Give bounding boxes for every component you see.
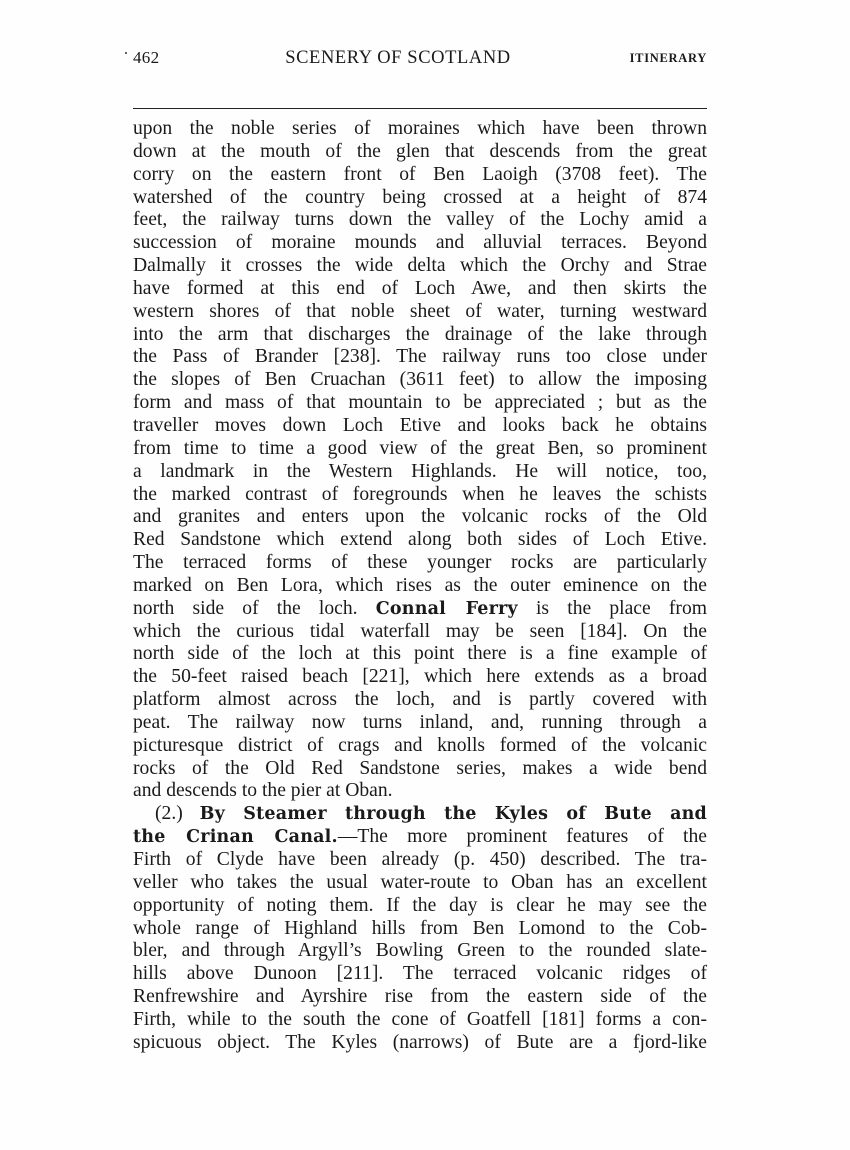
text-line: the slopes of Ben Cruachan (3611 feet) t… [133, 369, 707, 392]
text-line: peat. The railway now turns inland, and,… [133, 712, 707, 735]
text-line: Firth of Clyde have been already (p. 450… [133, 849, 707, 872]
text-line: The terraced forms of these younger rock… [133, 552, 707, 575]
text-line: bler, and through Argyll’s Bowling Green… [133, 940, 707, 963]
text-line: Firth, while to the south the cone of Go… [133, 1009, 707, 1032]
text-line: the marked contrast of foregrounds when … [133, 484, 707, 507]
text-line: have formed at this end of Loch Awe, and… [133, 278, 707, 301]
text-line: opportunity of noting them. If the day i… [133, 895, 707, 918]
header-rule [133, 108, 707, 109]
body-text: upon the noble series of moraines which … [133, 118, 707, 1055]
text-line: veller who takes the usual water-route t… [133, 872, 707, 895]
text-line: Renfrewshire and Ayrshire rise from the … [133, 986, 707, 1009]
text-line: platform almost across the loch, and is … [133, 689, 707, 712]
text-line: Dalmally it crosses the wide delta which… [133, 255, 707, 278]
text-line: corry on the eastern front of Ben Laoigh… [133, 164, 707, 187]
text-line: into the arm that discharges the drainag… [133, 324, 707, 347]
text-line: traveller moves down Loch Etive and look… [133, 415, 707, 438]
text-line: whole range of Highland hills from Ben L… [133, 918, 707, 941]
text-line: down at the mouth of the glen that desce… [133, 141, 707, 164]
text-line: spicuous object. The Kyles (narrows) of … [133, 1032, 707, 1055]
text-line: rocks of the Old Red Sandstone series, m… [133, 758, 707, 781]
text-line: western shores of that noble sheet of wa… [133, 301, 707, 324]
place-name-connal-ferry: Connal Ferry [376, 599, 518, 619]
text-line: form and mass of that mountain to be app… [133, 392, 707, 415]
section-heading-cont: the Crinan Canal. [133, 827, 338, 847]
text-line: north side of the loch at this point the… [133, 643, 707, 666]
section-number: (2.) [155, 803, 200, 824]
text-line: a landmark in the Western Highlands. He … [133, 461, 707, 484]
text-line: from time to time a good view of the gre… [133, 438, 707, 461]
book-page: 462 SCENERY OF SCOTLAND ITINERARY upon t… [0, 0, 850, 1150]
page-header: 462 SCENERY OF SCOTLAND ITINERARY [133, 48, 707, 74]
paragraph-end-line: and descends to the pier at Oban. [133, 780, 707, 803]
text-line: feet, the railway turns down the valley … [133, 209, 707, 232]
text-line: picturesque district of crags and knolls… [133, 735, 707, 758]
text-line: and granites and enters upon the volcani… [133, 506, 707, 529]
running-title: SCENERY OF SCOTLAND [111, 48, 685, 69]
text-line: succession of moraine mounds and alluvia… [133, 232, 707, 255]
text-line: the 50-feet raised beach [221], which he… [133, 666, 707, 689]
section-label: ITINERARY [630, 51, 707, 66]
text-line: hills above Dunoon [211]. The terraced v… [133, 963, 707, 986]
section-2-heading-line: (2.) By Steamer through the Kyles of But… [133, 803, 707, 826]
section-2-heading-line-2: the Crinan Canal.—The more prominent fea… [133, 826, 707, 849]
section-heading: By Steamer through the Kyles of Bute and [200, 804, 707, 824]
text-line: watershed of the country being crossed a… [133, 187, 707, 210]
text-line: upon the noble series of moraines which … [133, 118, 707, 141]
text-line: Red Sandstone which extend along both si… [133, 529, 707, 552]
text-line-connal-ferry: north side of the loch. Connal Ferry is … [133, 598, 707, 621]
text-line: marked on Ben Lora, which rises as the o… [133, 575, 707, 598]
text-line: the Pass of Brander [238]. The railway r… [133, 346, 707, 369]
text-line: which the curious tidal waterfall may be… [133, 621, 707, 644]
